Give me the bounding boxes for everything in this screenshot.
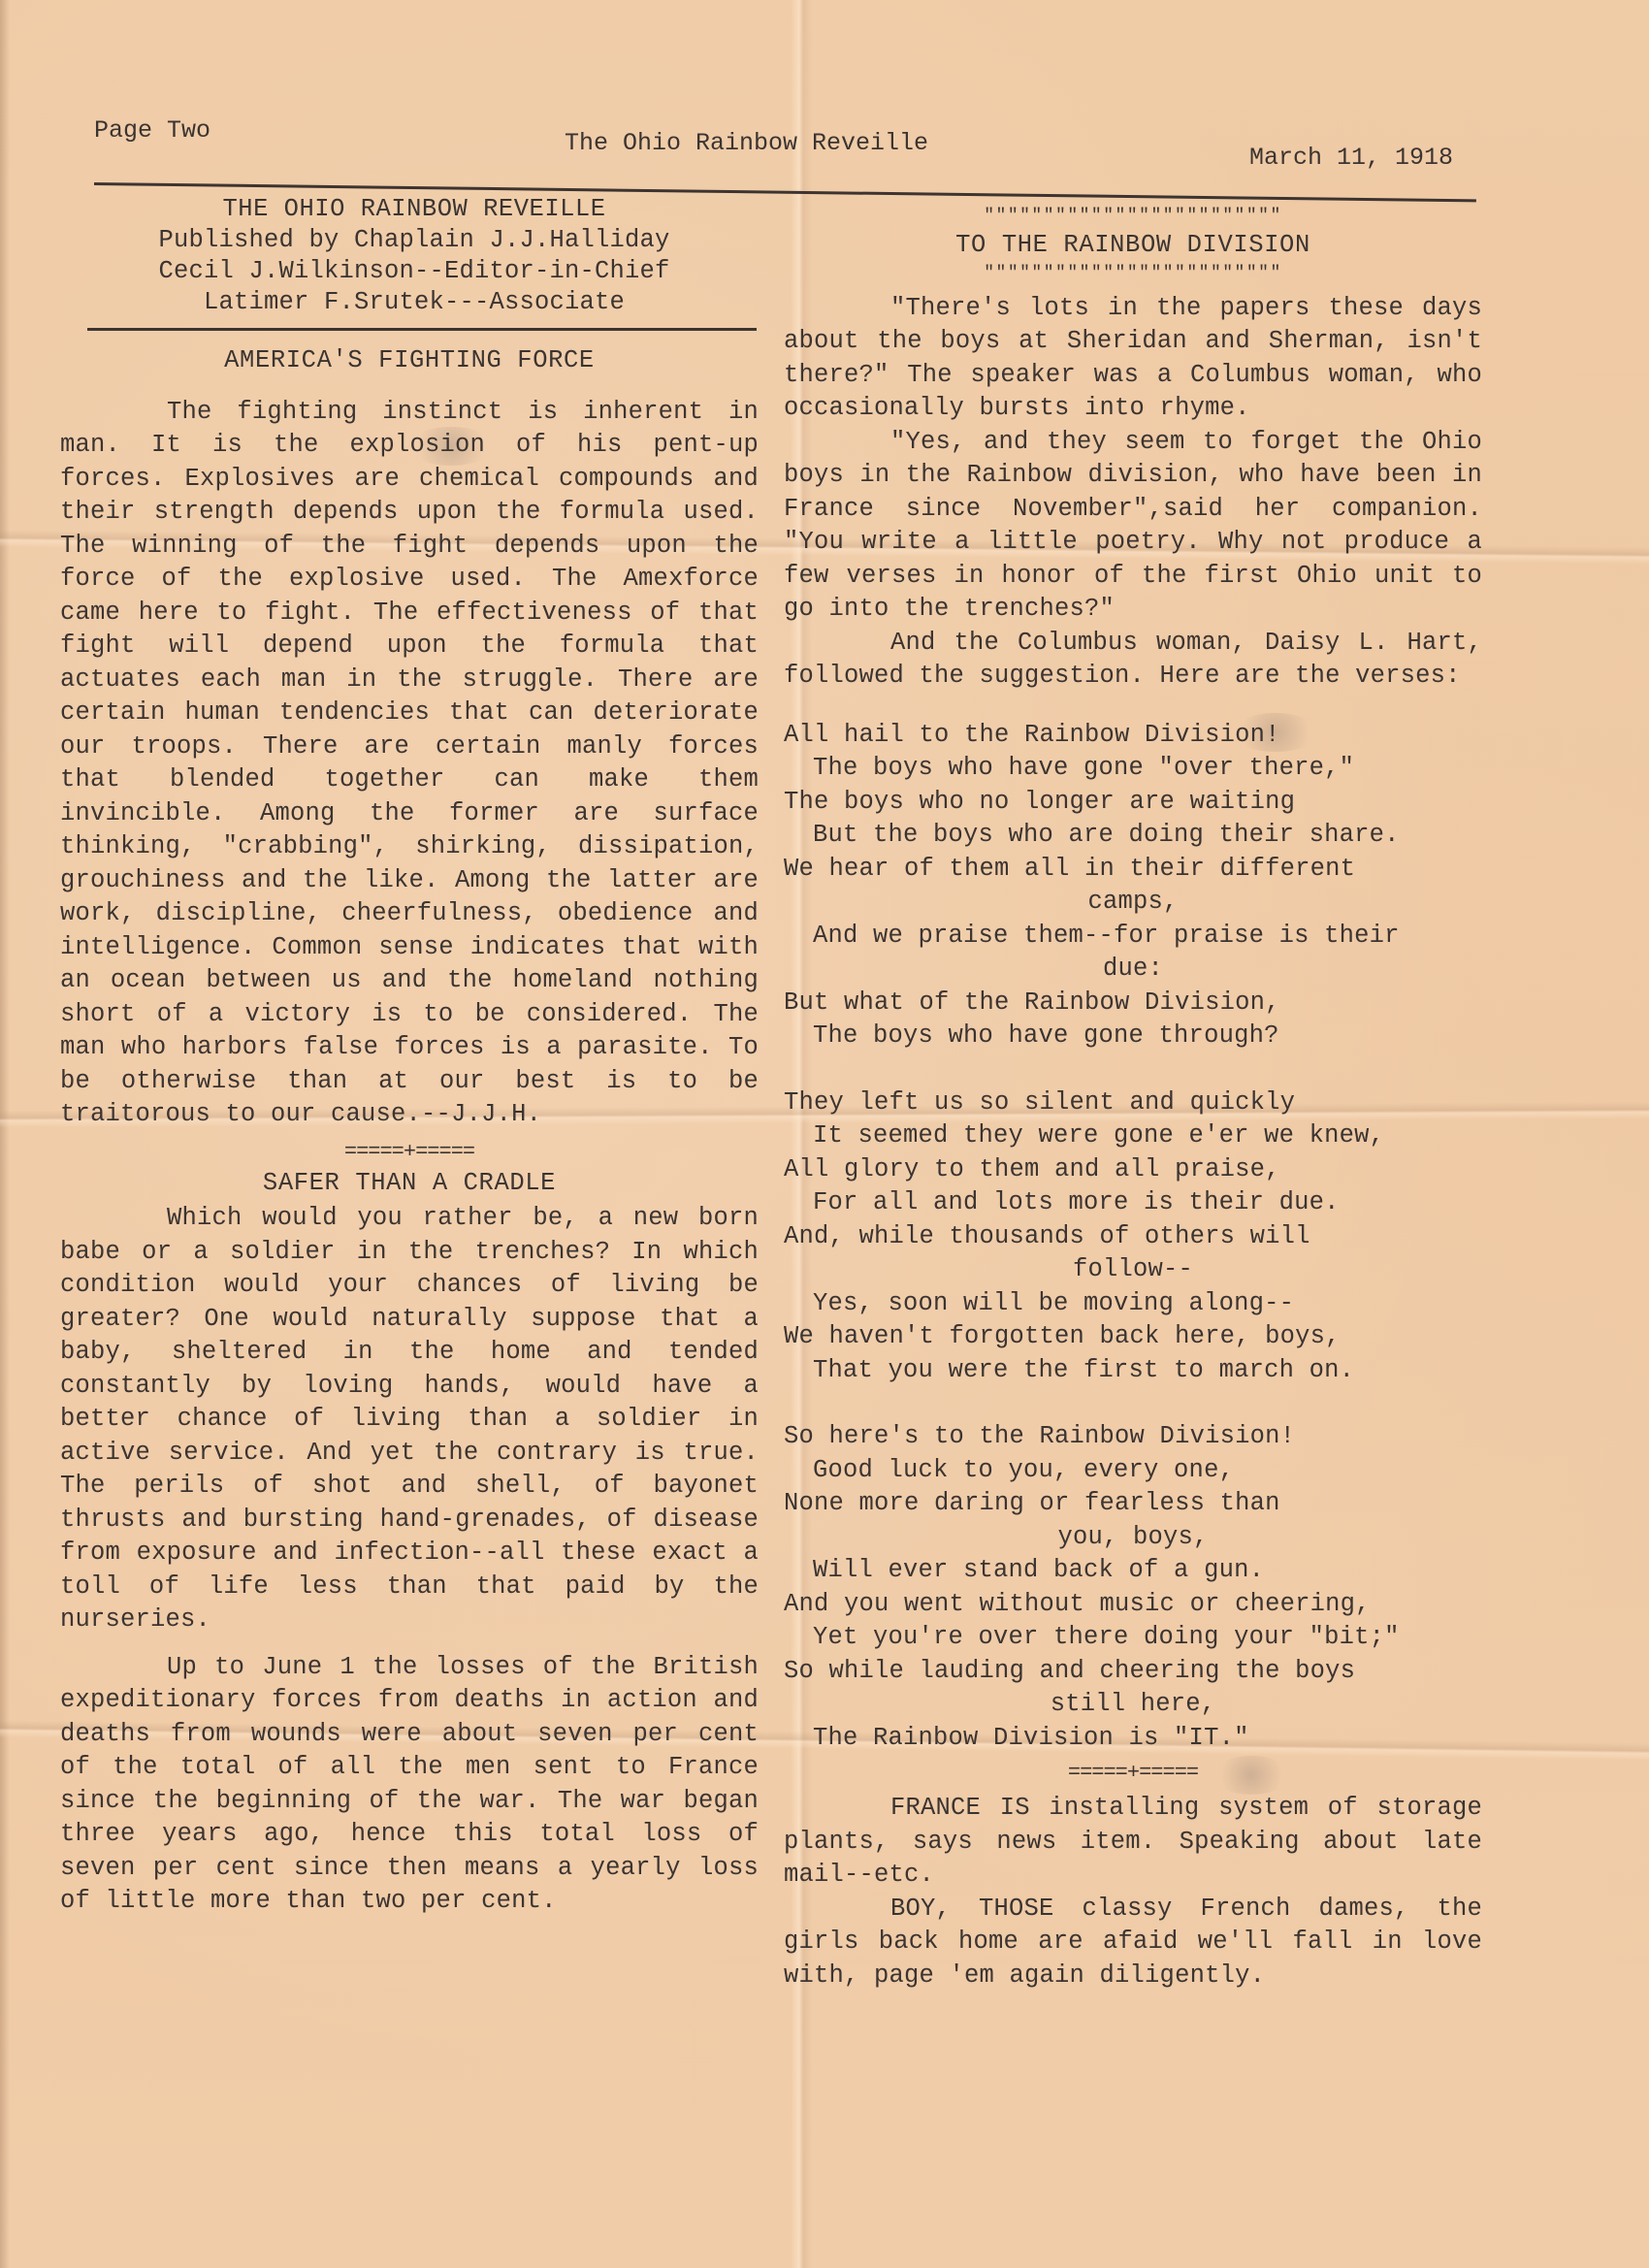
- poem-line: Will ever stand back of a gun.: [784, 1554, 1482, 1588]
- poem-stanza: They left us so silent and quicklyIt see…: [784, 1086, 1482, 1388]
- poem-line: The Rainbow Division is "IT.": [784, 1722, 1482, 1756]
- poem-line: All hail to the Rainbow Division!: [784, 719, 1482, 753]
- left-column: THE OHIO RAINBOW REVEILLE Published by C…: [60, 194, 759, 1919]
- intro-paragraph: And the Columbus woman, Daisy L. Hart, f…: [784, 627, 1482, 694]
- news-item: BOY, THOSE classy French dames, the girl…: [784, 1893, 1482, 1993]
- poem-line: We haven't forgotten back here, boys,: [784, 1320, 1482, 1354]
- news-item: FRANCE IS installing system of storage p…: [784, 1792, 1482, 1893]
- masthead-editor: Cecil J.Wilkinson--Editor-in-Chief: [70, 256, 759, 287]
- poem-line: So here's to the Rainbow Division!: [784, 1420, 1482, 1454]
- article-paragraph: Which would you rather be, a new born ba…: [60, 1202, 759, 1637]
- poem-line: They left us so silent and quickly: [784, 1086, 1482, 1120]
- poem-line: But what of the Rainbow Division,: [784, 987, 1482, 1021]
- poem-stanza: All hail to the Rainbow Division!The boy…: [784, 719, 1482, 1053]
- poem-headline: TO THE RAINBOW DIVISION: [784, 229, 1482, 263]
- poem-line: And, while thousands of others will: [784, 1220, 1482, 1254]
- poem-line: Good luck to you, every one,: [784, 1454, 1482, 1488]
- poem-line: The boys who have gone "over there,": [784, 752, 1482, 786]
- masthead-title: THE OHIO RAINBOW REVEILLE: [70, 194, 759, 225]
- intro-paragraph: "There's lots in the papers these days a…: [784, 292, 1482, 426]
- poem-line: still here,: [784, 1688, 1482, 1722]
- poem-line: camps,: [784, 886, 1482, 920]
- poem-line: you, boys,: [784, 1521, 1482, 1555]
- quote-mark-separator: """"""""""""""""""""""""": [784, 263, 1482, 284]
- poem-line: The boys who have gone through?: [784, 1020, 1482, 1053]
- poem-line: follow--: [784, 1253, 1482, 1287]
- poem-line: That you were the first to march on.: [784, 1354, 1482, 1388]
- article-body: The fighting instinct is inherent in man…: [60, 396, 759, 1132]
- poem-stanza: So here's to the Rainbow Division!Good l…: [784, 1420, 1482, 1755]
- poem-line: The boys who no longer are waiting: [784, 786, 1482, 820]
- poem-line: So while lauding and cheering the boys: [784, 1655, 1482, 1689]
- masthead-rule: [87, 328, 757, 331]
- quote-mark-separator: """"""""""""""""""""""""": [784, 206, 1482, 227]
- poem-line: None more daring or fearless than: [784, 1487, 1482, 1521]
- poem-line: But the boys who are doing their share.: [784, 819, 1482, 853]
- poem-line: Yes, soon will be moving along--: [784, 1287, 1482, 1321]
- article-headline: SAFER THAN A CRADLE: [60, 1167, 759, 1201]
- poem-line: due:: [784, 953, 1482, 987]
- poem-line: All glory to them and all praise,: [784, 1153, 1482, 1187]
- article-paragraph: Up to June 1 the losses of the British e…: [60, 1651, 759, 1919]
- masthead-publisher: Published by Chaplain J.J.Halliday: [70, 225, 759, 256]
- poem-line: And you went without music or cheering,: [784, 1588, 1482, 1622]
- section-separator: =====+=====: [784, 1759, 1482, 1788]
- article-headline: AMERICA'S FIGHTING FORCE: [60, 344, 759, 378]
- paragraph-gap: [60, 1637, 759, 1651]
- poem-line: We hear of them all in their different: [784, 853, 1482, 887]
- section-separator: =====+=====: [60, 1138, 759, 1167]
- poem-line: It seemed they were gone e'er we knew,: [784, 1119, 1482, 1153]
- intro-paragraph: "Yes, and they seem to forget the Ohio b…: [784, 426, 1482, 627]
- poem-line: And we praise them--for praise is their: [784, 920, 1482, 954]
- poem-line: Yet you're over there doing your "bit;": [784, 1621, 1482, 1655]
- paper-edge: [0, 0, 10, 2268]
- publication-title: The Ohio Rainbow Reveille: [565, 129, 928, 157]
- masthead-associate: Latimer F.Srutek---Associate: [70, 287, 759, 318]
- masthead: THE OHIO RAINBOW REVEILLE Published by C…: [60, 194, 759, 318]
- poem: All hail to the Rainbow Division!The boy…: [784, 719, 1482, 1756]
- poem-line: For all and lots more is their due.: [784, 1186, 1482, 1220]
- right-column: """"""""""""""""""""""""" TO THE RAINBOW…: [784, 206, 1482, 1993]
- page-number-label: Page Two: [94, 116, 210, 145]
- issue-date: March 11, 1918: [1249, 144, 1453, 172]
